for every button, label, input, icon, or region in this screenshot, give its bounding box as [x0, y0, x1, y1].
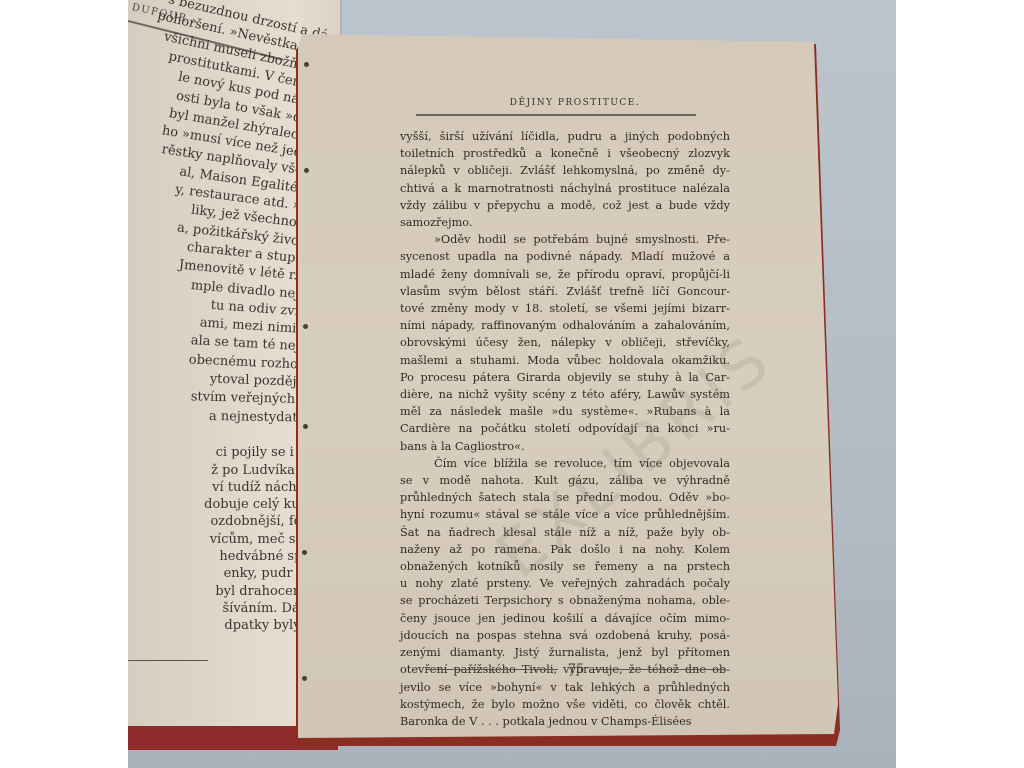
binding-hole [304, 168, 309, 173]
page-footer: 75 [426, 662, 726, 677]
footer-rule-left [426, 669, 558, 670]
text-line: průhledných šatech stala se přední modou… [400, 489, 730, 506]
text-line: »Oděv hodil se potřebám bujné smyslnosti… [400, 231, 730, 248]
text-line: u nohy zlaté prsteny. Ve veřejných zahra… [400, 575, 730, 592]
text-line: kostýmech, že bylo možno vše viděti, co … [400, 696, 730, 713]
text-line: obrovskými účesy žen, nálepky v obličeji… [400, 334, 730, 351]
text-line: jevilo se více »bohyní« v tak lehkých a … [400, 679, 730, 696]
text-line: nálepků v obličeji. Zvlášť lehkomyslná, … [400, 162, 730, 179]
text-line: obnažených kotníků nosily se řemeny a na… [400, 558, 730, 575]
text-line: vlasům svým bělost stáří. Zvlášť trefně … [400, 283, 730, 300]
text-line: Baronka de V . . . potkala jednou v Cham… [400, 713, 730, 730]
right-page-text: vyšší, širší užívání líčidla, pudru a ji… [400, 128, 730, 730]
text-line: Po procesu pátera Girarda objevily se st… [400, 369, 730, 386]
text-line: chtivá a k marnotratnosti náchylná prost… [400, 180, 730, 197]
binding-hole [302, 676, 307, 681]
footer-rule-right [594, 669, 726, 670]
right-running-head: DĚJINY PROSTITUCE. [400, 98, 730, 108]
text-line: ními nápady, raffinovaným odhalováním a … [400, 317, 730, 334]
binding-hole [304, 62, 309, 67]
text-line: sycenost upadla na podivné nápady. Mladí… [400, 248, 730, 265]
left-footer-rule [128, 660, 208, 661]
text-line: Čím více blížila se revoluce, tím více o… [400, 455, 730, 472]
text-line: Šat na ňadrech klesal stále níž a níž, p… [400, 524, 730, 541]
text-line: měl za následek mašle »du système«. »Rub… [400, 403, 730, 420]
text-line: dière, na nichž vyšity scény z této afér… [400, 386, 730, 403]
right-page-content: DĚJINY PROSTITUCE. vyšší, širší užívání … [400, 98, 730, 730]
binding-hole [303, 324, 308, 329]
text-line: naženy až po ramena. Pak došlo i na nohy… [400, 541, 730, 558]
text-line: zenými diamanty. Jistý žurnalista, jenž … [400, 644, 730, 661]
text-line: vyšší, širší užívání líčidla, pudru a ji… [400, 128, 730, 145]
text-line: čeny jsouce jen jedinou košilí a dávajíc… [400, 610, 730, 627]
text-line: samozřejmo. [400, 214, 730, 231]
text-line: jdoucích na pospas stehna svá ozdobená k… [400, 627, 730, 644]
text-line: toiletních prostředků a konečně i všeobe… [400, 145, 730, 162]
text-line: tové změny mody v 18. století, se všemi … [400, 300, 730, 317]
text-line: se v modě nahota. Kult gázu, záliba ve v… [400, 472, 730, 489]
binding-hole [303, 424, 308, 429]
text-line: mašlemi a stuhami. Moda vůbec holdovala … [400, 352, 730, 369]
book-photo: DUFOUR : s bezuzdnou drzostí a dá-pohorš… [128, 0, 896, 768]
text-line: vždy zálibu v přepychu a modě, což jest … [400, 197, 730, 214]
text-line: se procházeti Terpsichory s obnaženýma n… [400, 592, 730, 609]
text-line: bans à la Cagliostro«. [400, 438, 730, 455]
right-head-rule [416, 114, 696, 116]
binding-hole [302, 550, 307, 555]
text-line: hyní rozumu« stával se stále více a více… [400, 506, 730, 523]
text-line: mladé ženy domnívali se, že přírodu opra… [400, 266, 730, 283]
text-line: Cardière na počátku století odpovídají n… [400, 420, 730, 437]
page-number: 75 [568, 662, 585, 677]
